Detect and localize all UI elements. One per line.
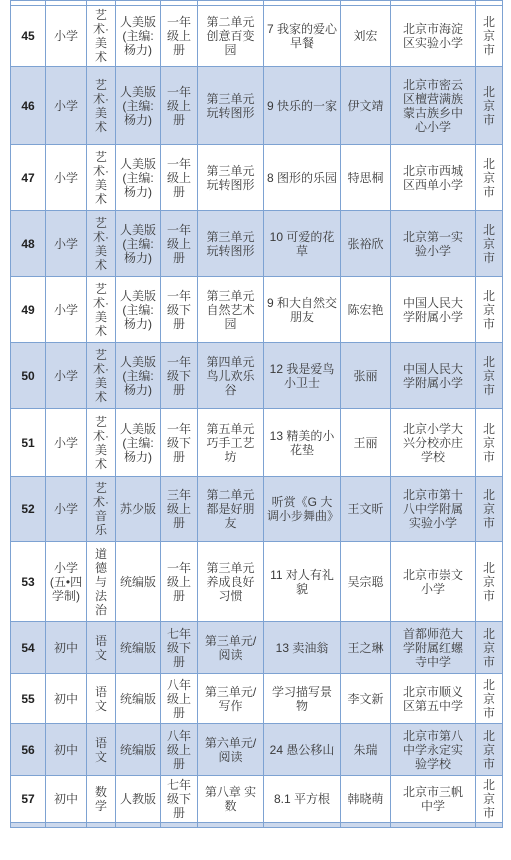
- cell-school-level: 小学: [46, 211, 87, 277]
- table-row: 56 初中 语文 统编版 八年级上册 第六单元/阅读 24 愚公移山 朱瑞 北京…: [11, 724, 503, 776]
- cell-unit: 第四单元 鸟儿欢乐谷: [198, 343, 264, 409]
- empty-cell: [198, 823, 264, 828]
- cell-lesson-title: 13 精美的小花垫: [264, 409, 341, 477]
- cell-unit: 第八章 实数: [198, 776, 264, 823]
- cell-school-name: 北京市西城区西单小学: [391, 145, 476, 211]
- cell-unit: 第三单元 玩转图形: [198, 145, 264, 211]
- cell-school-name: 北京市顺义区第五中学: [391, 674, 476, 724]
- cell-school-name: 北京市第八中学永定实验学校: [391, 724, 476, 776]
- table-row: 46 小学 艺术·美术 人美版(主编:杨力) 一年级上册 第三单元 玩转图形 9…: [11, 67, 503, 145]
- cell-school-level: 初中: [46, 724, 87, 776]
- cell-row-number: 55: [11, 674, 46, 724]
- cell-school-level: 小学: [46, 277, 87, 343]
- cell-subject: 数学: [87, 776, 116, 823]
- cell-teacher-name: 陈宏艳: [341, 277, 391, 343]
- cell-edition: 人美版(主编:杨力): [116, 6, 161, 67]
- cell-teacher-name: 朱瑞: [341, 724, 391, 776]
- cell-school-level: 小学: [46, 67, 87, 145]
- cell-row-number: 57: [11, 776, 46, 823]
- cell-edition: 苏少版: [116, 477, 161, 542]
- cell-teacher-name: 王文昕: [341, 477, 391, 542]
- cell-edition: 统编版: [116, 622, 161, 674]
- cell-row-number: 46: [11, 67, 46, 145]
- empty-cell: [46, 823, 87, 828]
- cell-teacher-name: 特思桐: [341, 145, 391, 211]
- cell-grade-volume: 三年级上册: [161, 477, 198, 542]
- empty-cell: [476, 823, 503, 828]
- cell-school-name: 北京市密云区檀营满族蒙古族乡中心小学: [391, 67, 476, 145]
- cell-lesson-title: 11 对人有礼貌: [264, 542, 341, 622]
- cell-city: 北京市: [476, 343, 503, 409]
- cell-subject: 艺术·美术: [87, 409, 116, 477]
- cell-grade-volume: 八年级上册: [161, 724, 198, 776]
- cell-grade-volume: 一年级上册: [161, 211, 198, 277]
- table-row: 55 初中 语文 统编版 八年级上册 第三单元/写作 学习描写景物 李文新 北京…: [11, 674, 503, 724]
- cell-edition: 人美版(主编:杨力): [116, 67, 161, 145]
- cell-teacher-name: 伊文靖: [341, 67, 391, 145]
- table-row: 45 小学 艺术·美术 人美版(主编:杨力) 一年级上册 第二单元 创意百变园 …: [11, 6, 503, 67]
- cell-school-level: 初中: [46, 674, 87, 724]
- cell-row-number: 49: [11, 277, 46, 343]
- cell-subject: 艺术·音乐: [87, 477, 116, 542]
- cell-grade-volume: 一年级下册: [161, 343, 198, 409]
- empty-cell: [391, 823, 476, 828]
- cell-school-level: 小学(五•四学制): [46, 542, 87, 622]
- table-row: 52 小学 艺术·音乐 苏少版 三年级上册 第二单元 都是好朋友 听赏《G 大调…: [11, 477, 503, 542]
- cell-row-number: 45: [11, 6, 46, 67]
- table-row: 51 小学 艺术·美术 人美版(主编:杨力) 一年级下册 第五单元 巧手工艺坊 …: [11, 409, 503, 477]
- cell-lesson-title: 听赏《G 大调小步舞曲》: [264, 477, 341, 542]
- cell-teacher-name: 王之琳: [341, 622, 391, 674]
- cell-unit: 第三单元 养成良好习惯: [198, 542, 264, 622]
- cell-row-number: 47: [11, 145, 46, 211]
- cell-school-level: 小学: [46, 477, 87, 542]
- table-row: 50 小学 艺术·美术 人美版(主编:杨力) 一年级下册 第四单元 鸟儿欢乐谷 …: [11, 343, 503, 409]
- cell-lesson-title: 8 图形的乐园: [264, 145, 341, 211]
- cell-teacher-name: 李文新: [341, 674, 391, 724]
- cell-school-name: 中国人民大学附属小学: [391, 277, 476, 343]
- cell-edition: 统编版: [116, 724, 161, 776]
- cell-teacher-name: 吴宗聪: [341, 542, 391, 622]
- textbook-lesson-table: 45 小学 艺术·美术 人美版(主编:杨力) 一年级上册 第二单元 创意百变园 …: [10, 0, 503, 828]
- cell-grade-volume: 一年级上册: [161, 542, 198, 622]
- cell-city: 北京市: [476, 622, 503, 674]
- cell-unit: 第三单元 玩转图形: [198, 67, 264, 145]
- cell-city: 北京市: [476, 724, 503, 776]
- cell-edition: 人美版(主编:杨力): [116, 145, 161, 211]
- cell-lesson-title: 24 愚公移山: [264, 724, 341, 776]
- cell-school-level: 初中: [46, 776, 87, 823]
- cell-grade-volume: 七年级下册: [161, 622, 198, 674]
- cell-subject: 语文: [87, 622, 116, 674]
- table-row: 54 初中 语文 统编版 七年级下册 第三单元/阅读 13 卖油翁 王之琳 首都…: [11, 622, 503, 674]
- cell-subject: 语文: [87, 674, 116, 724]
- cell-edition: 统编版: [116, 674, 161, 724]
- cell-subject: 艺术·美术: [87, 6, 116, 67]
- cell-lesson-title: 7 我家的爱心早餐: [264, 6, 341, 67]
- cell-school-name: 北京市海淀区实验小学: [391, 6, 476, 67]
- cell-school-name: 北京小学大兴分校亦庄学校: [391, 409, 476, 477]
- cell-subject: 道德与法治: [87, 542, 116, 622]
- cell-school-level: 小学: [46, 343, 87, 409]
- table-row: 47 小学 艺术·美术 人美版(主编:杨力) 一年级上册 第三单元 玩转图形 8…: [11, 145, 503, 211]
- cell-edition: 人教版: [116, 776, 161, 823]
- cell-row-number: 52: [11, 477, 46, 542]
- cell-grade-volume: 一年级下册: [161, 409, 198, 477]
- cell-teacher-name: 王丽: [341, 409, 391, 477]
- cell-city: 北京市: [476, 409, 503, 477]
- cell-lesson-title: 12 我是爱鸟小卫士: [264, 343, 341, 409]
- cell-school-name: 北京市第十八中学附属实验小学: [391, 477, 476, 542]
- cell-city: 北京市: [476, 6, 503, 67]
- cell-lesson-title: 8.1 平方根: [264, 776, 341, 823]
- cell-edition: 人美版(主编:杨力): [116, 409, 161, 477]
- empty-cell: [161, 823, 198, 828]
- cell-unit: 第三单元 自然艺术园: [198, 277, 264, 343]
- cell-city: 北京市: [476, 776, 503, 823]
- cell-unit: 第三单元/写作: [198, 674, 264, 724]
- cell-city: 北京市: [476, 277, 503, 343]
- cell-teacher-name: 张裕欣: [341, 211, 391, 277]
- cell-city: 北京市: [476, 67, 503, 145]
- empty-cell: [116, 823, 161, 828]
- cell-school-name: 北京市三帆中学: [391, 776, 476, 823]
- cell-subject: 艺术·美术: [87, 277, 116, 343]
- cell-subject: 艺术·美术: [87, 67, 116, 145]
- table-row: 53 小学(五•四学制) 道德与法治 统编版 一年级上册 第三单元 养成良好习惯…: [11, 542, 503, 622]
- cell-school-name: 北京市崇文小学: [391, 542, 476, 622]
- cell-unit: 第三单元/阅读: [198, 622, 264, 674]
- table-row: 49 小学 艺术·美术 人美版(主编:杨力) 一年级下册 第三单元 自然艺术园 …: [11, 277, 503, 343]
- cell-grade-volume: 一年级上册: [161, 145, 198, 211]
- cell-grade-volume: 一年级下册: [161, 277, 198, 343]
- cell-lesson-title: 10 可爱的花草: [264, 211, 341, 277]
- cell-subject: 语文: [87, 724, 116, 776]
- cell-subject: 艺术·美术: [87, 145, 116, 211]
- cell-city: 北京市: [476, 211, 503, 277]
- cell-edition: 人美版(主编:杨力): [116, 211, 161, 277]
- empty-cell: [341, 823, 391, 828]
- cell-lesson-title: 13 卖油翁: [264, 622, 341, 674]
- cell-subject: 艺术·美术: [87, 211, 116, 277]
- cell-school-name: 中国人民大学附属小学: [391, 343, 476, 409]
- cell-school-level: 小学: [46, 145, 87, 211]
- cell-unit: 第二单元 创意百变园: [198, 6, 264, 67]
- empty-cell: [264, 823, 341, 828]
- cell-row-number: 50: [11, 343, 46, 409]
- table-row: 57 初中 数学 人教版 七年级下册 第八章 实数 8.1 平方根 韩晓萌 北京…: [11, 776, 503, 823]
- cell-school-name: 北京第一实验小学: [391, 211, 476, 277]
- cell-school-level: 小学: [46, 6, 87, 67]
- cell-city: 北京市: [476, 674, 503, 724]
- cell-teacher-name: 刘宏: [341, 6, 391, 67]
- cell-grade-volume: 一年级上册: [161, 67, 198, 145]
- cell-grade-volume: 七年级下册: [161, 776, 198, 823]
- cell-row-number: 51: [11, 409, 46, 477]
- cell-row-number: 53: [11, 542, 46, 622]
- cell-lesson-title: 学习描写景物: [264, 674, 341, 724]
- cell-teacher-name: 张丽: [341, 343, 391, 409]
- cell-edition: 统编版: [116, 542, 161, 622]
- cell-city: 北京市: [476, 542, 503, 622]
- cell-school-level: 小学: [46, 409, 87, 477]
- cell-lesson-title: 9 和大自然交朋友: [264, 277, 341, 343]
- empty-cell: [11, 823, 46, 828]
- table-row: 48 小学 艺术·美术 人美版(主编:杨力) 一年级上册 第三单元 玩转图形 1…: [11, 211, 503, 277]
- cell-unit: 第二单元 都是好朋友: [198, 477, 264, 542]
- cell-teacher-name: 韩晓萌: [341, 776, 391, 823]
- cell-school-name: 首都师范大学附属红螺寺中学: [391, 622, 476, 674]
- cell-unit: 第三单元 玩转图形: [198, 211, 264, 277]
- cell-city: 北京市: [476, 477, 503, 542]
- cell-edition: 人美版(主编:杨力): [116, 277, 161, 343]
- partial-row-bottom: [11, 823, 503, 828]
- cell-unit: 第五单元 巧手工艺坊: [198, 409, 264, 477]
- empty-cell: [87, 823, 116, 828]
- cell-city: 北京市: [476, 145, 503, 211]
- cell-school-level: 初中: [46, 622, 87, 674]
- cell-row-number: 56: [11, 724, 46, 776]
- cell-edition: 人美版(主编:杨力): [116, 343, 161, 409]
- cell-grade-volume: 八年级上册: [161, 674, 198, 724]
- cell-unit: 第六单元/阅读: [198, 724, 264, 776]
- cell-row-number: 48: [11, 211, 46, 277]
- cell-grade-volume: 一年级上册: [161, 6, 198, 67]
- cell-lesson-title: 9 快乐的一家: [264, 67, 341, 145]
- cell-subject: 艺术·美术: [87, 343, 116, 409]
- cell-row-number: 54: [11, 622, 46, 674]
